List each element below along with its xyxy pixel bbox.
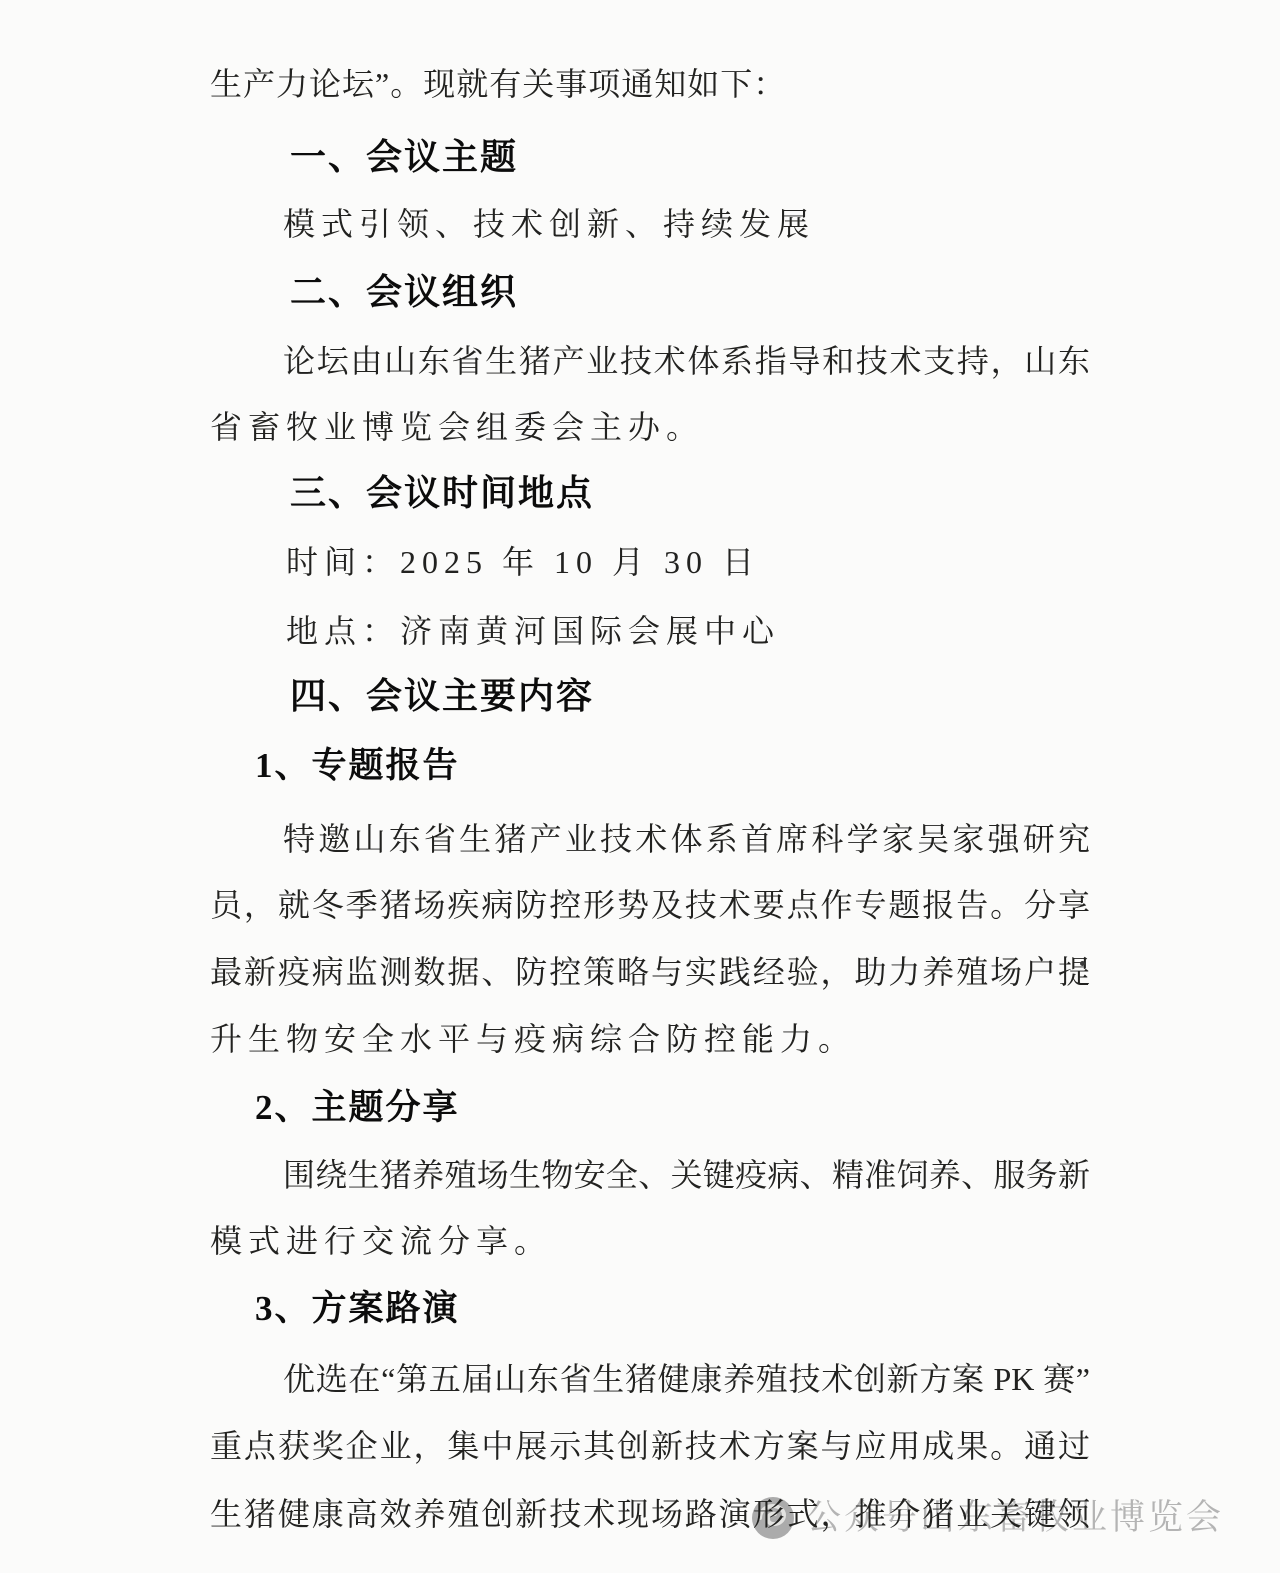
keynote-line-2: 员，就冬季猪场疾病防控形势及技术要点作专题报告。分享 xyxy=(210,881,1090,929)
subitem-1-heading: 1、专题报告 xyxy=(210,742,1090,790)
section-1-heading: 一、会议主题 xyxy=(210,133,1090,181)
section-4-heading: 四、会议主要内容 xyxy=(210,672,1090,720)
theme-sharing-line-1: 围绕生猪养殖场生物安全、关键疫病、精准饲养、服务新 xyxy=(210,1151,1090,1199)
organizer-line-1: 论坛由山东省生猪产业技术体系指导和技术支持，山东 xyxy=(210,337,1090,385)
keynote-line-3: 最新疫病监测数据、防控策略与实践经验，助力养殖场户提 xyxy=(210,948,1090,996)
intro-continuation-line: 生产力论坛”。现就有关事项通知如下： xyxy=(210,60,1090,108)
meeting-theme-line: 模式引领、技术创新、持续发展 xyxy=(210,200,1090,248)
subitem-2-heading: 2、主题分享 xyxy=(210,1084,1090,1132)
section-2-heading: 二、会议组织 xyxy=(210,268,1090,316)
scanned-notice-page: 公众号山东畜牧业博览会 生产力论坛”。现就有关事项通知如下： 一、会议主题 模式… xyxy=(0,0,1280,1573)
subitem-3-heading: 3、方案路演 xyxy=(210,1285,1090,1333)
organizer-line-2: 省畜牧业博览会组委会主办。 xyxy=(210,403,1090,451)
roadshow-line-2: 重点获奖企业，集中展示其创新技术方案与应用成果。通过 xyxy=(210,1422,1090,1470)
keynote-line-4: 升生物安全水平与疫病综合防控能力。 xyxy=(210,1015,1090,1063)
meeting-venue-line: 地点：济南黄河国际会展中心 xyxy=(210,607,1090,655)
scan-artifact-dot xyxy=(1080,961,1085,966)
meeting-time-line: 时间：2025 年 10 月 30 日 xyxy=(210,538,1090,586)
theme-sharing-line-2: 模式进行交流分享。 xyxy=(210,1217,1090,1265)
keynote-line-1: 特邀山东省生猪产业技术体系首席科学家吴家强研究 xyxy=(210,815,1090,863)
section-3-heading: 三、会议时间地点 xyxy=(210,469,1090,517)
roadshow-line-1: 优选在“第五届山东省生猪健康养殖技术创新方案 PK 赛” xyxy=(210,1355,1090,1403)
document-body: 生产力论坛”。现就有关事项通知如下： 一、会议主题 模式引领、技术创新、持续发展… xyxy=(0,0,1280,1573)
roadshow-line-3: 生猪健康高效养殖创新技术现场路演形式，推介猪业关键领 xyxy=(210,1490,1090,1538)
